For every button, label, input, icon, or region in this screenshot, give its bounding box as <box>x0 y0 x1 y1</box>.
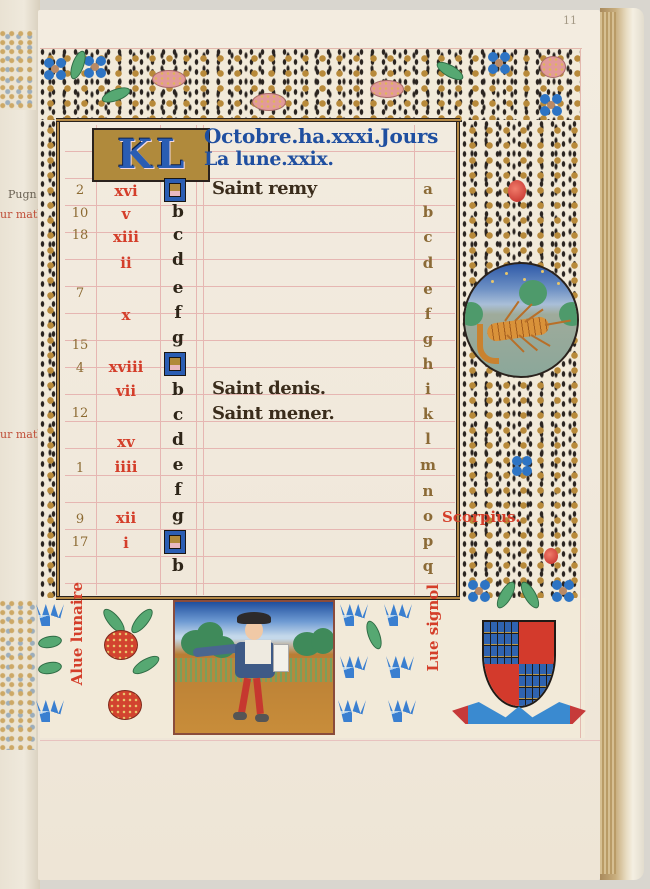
roman-numeral: xvi <box>100 182 152 200</box>
dominical-letter: b <box>168 380 188 400</box>
facing-page-text: Pugn <box>8 188 37 201</box>
month-heading: Octobre.ha.xxxi.Jours <box>204 124 438 148</box>
pink-fruit-icon <box>252 93 286 111</box>
border-label-left: Alue lunaire <box>68 582 86 685</box>
roman-numeral: xii <box>100 509 152 527</box>
coat-of-arms-shield <box>482 620 556 708</box>
dominical-a-initial <box>164 530 186 554</box>
initial-l: L <box>156 135 184 175</box>
golden-number: 10 <box>68 206 92 221</box>
calendar-letter: a <box>420 180 436 198</box>
border-rule <box>40 48 582 49</box>
roman-numeral: v <box>100 205 152 223</box>
saint-feast: Saint mener. <box>212 403 334 424</box>
calendar-letter: m <box>420 456 436 474</box>
roman-numeral: i <box>100 534 152 552</box>
page-stack <box>598 12 616 874</box>
dominical-letter: c <box>168 405 188 425</box>
text-frame-left <box>56 120 60 600</box>
column-rule <box>196 125 197 595</box>
dominical-letter: f <box>168 480 188 500</box>
column-rule <box>203 125 204 595</box>
pink-fruit-icon <box>370 80 404 98</box>
dominical-letter: f <box>168 303 188 323</box>
golden-number: 2 <box>68 183 92 198</box>
dominical-letter: g <box>168 506 188 526</box>
facing-page-border-top <box>0 30 36 110</box>
calendar-letter: k <box>420 405 436 423</box>
golden-number: 7 <box>68 286 92 301</box>
scorpio-zodiac-roundel <box>463 262 579 378</box>
calendar-letter: q <box>420 557 436 575</box>
initial-k: K <box>118 135 153 175</box>
roman-numeral: iiii <box>100 458 152 476</box>
calendar-letter: h <box>420 355 436 373</box>
golden-number: 9 <box>68 512 92 527</box>
dominical-letter: d <box>168 430 188 450</box>
saint-feast: Saint denis. <box>212 378 326 399</box>
saint-feast: Saint remy <box>212 178 317 199</box>
calendar-letter: p <box>420 532 436 550</box>
pink-fruit-icon <box>152 70 186 88</box>
calendar-letter: e <box>420 280 436 298</box>
dominical-a-initial <box>164 352 186 376</box>
calendar-letter: d <box>420 254 436 272</box>
folio-number: 11 <box>563 14 577 27</box>
dominical-letter: e <box>168 278 188 298</box>
calendar-letter: f <box>420 305 436 323</box>
zodiac-label: Scorpius. <box>442 508 521 526</box>
roman-numeral: x <box>100 306 152 324</box>
dominical-letter: d <box>168 250 188 270</box>
calendar-letter: c <box>420 228 436 246</box>
text-frame-right <box>456 120 460 600</box>
border-rule <box>580 48 581 738</box>
calendar-letter: l <box>420 430 436 448</box>
calendar-letter: g <box>420 330 436 348</box>
sower-miniature <box>173 600 335 735</box>
column-rule <box>160 125 161 595</box>
facing-page: Pugn ur mathm ur mathi. <box>0 0 40 889</box>
roman-numeral: xviii <box>100 358 152 376</box>
golden-number: 1 <box>68 461 92 476</box>
red-berry-icon <box>508 180 526 202</box>
dominical-a-initial <box>164 178 186 202</box>
roman-numeral: xiii <box>100 228 152 246</box>
lunar-heading: La lune.xxix. <box>204 148 334 170</box>
roman-numeral: vii <box>100 382 152 400</box>
golden-number: 4 <box>68 361 92 376</box>
calendar-letter: b <box>420 203 436 221</box>
dominical-letter: b <box>168 556 188 576</box>
red-berry-icon <box>544 548 558 564</box>
roman-numeral: xv <box>100 433 152 451</box>
golden-number: 18 <box>68 228 92 243</box>
facing-page-border-bottom <box>0 600 36 750</box>
calendar-letter: o <box>420 507 436 525</box>
text-frame-top <box>56 118 460 122</box>
column-rule <box>96 125 97 595</box>
strawberry-icon <box>104 630 138 660</box>
page-ruling <box>40 740 600 741</box>
calendar-letter: i <box>420 380 436 398</box>
kl-illuminated-initial: K L <box>92 128 210 182</box>
dominical-letter: c <box>168 225 188 245</box>
dominical-letter: e <box>168 455 188 475</box>
dominical-letter: g <box>168 328 188 348</box>
roman-numeral: ii <box>100 254 152 272</box>
golden-number: 12 <box>68 406 92 421</box>
column-rule <box>414 125 415 595</box>
golden-number: 15 <box>68 338 92 353</box>
golden-number: 17 <box>68 535 92 550</box>
calendar-letter: n <box>420 482 436 500</box>
pink-fruit-icon <box>540 56 566 78</box>
strawberry-icon <box>108 690 142 720</box>
dominical-letter: b <box>168 202 188 222</box>
border-label-right: Lue signol <box>424 584 442 671</box>
